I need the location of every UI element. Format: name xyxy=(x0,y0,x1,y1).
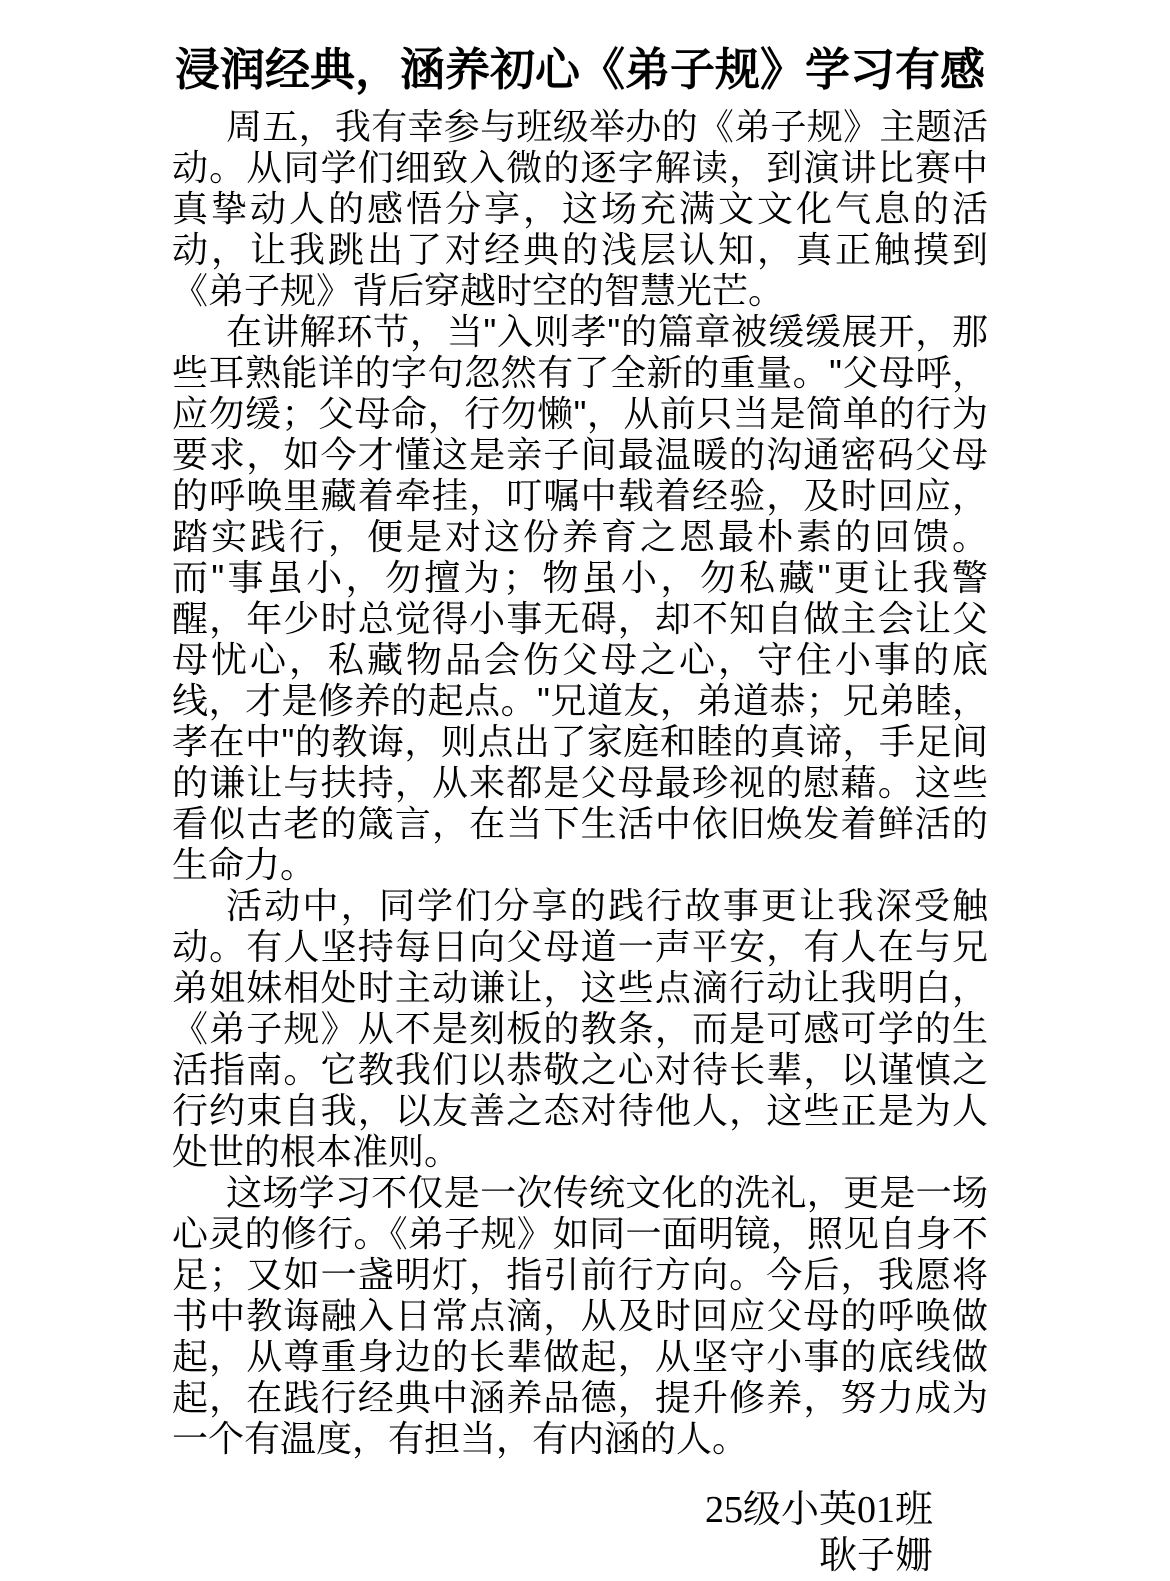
paragraph-intro: 周五，我有幸参与班级举办的《弟子规》主题活动。从同学们细致入微的逐字解读，到演讲… xyxy=(172,106,988,311)
paragraph-lecture-reflection: 在讲解环节，当"入则孝"的篇章被缓缓展开，那些耳熟能详的字句忽然有了全新的重量。… xyxy=(172,311,988,885)
signature-author: 耿子姗 xyxy=(172,1533,933,1579)
signature-class: 25级小英01班 xyxy=(172,1487,933,1533)
document-page: 浸润经典，涵养初心《弟子规》学习有感 周五，我有幸参与班级举办的《弟子规》主题活… xyxy=(0,0,1170,1581)
signature-block: 25级小英01班 耿子姗 xyxy=(172,1487,988,1579)
paragraph-activity-stories: 活动中，同学们分享的践行故事更让我深受触动。有人坚持每日向父母道一声平安，有人在… xyxy=(172,885,988,1172)
document-title: 浸润经典，涵养初心《弟子规》学习有感 xyxy=(172,44,988,96)
paragraph-conclusion: 这场学习不仅是一次传统文化的洗礼，更是一场心灵的修行。《弟子规》如同一面明镜，照… xyxy=(172,1172,988,1459)
